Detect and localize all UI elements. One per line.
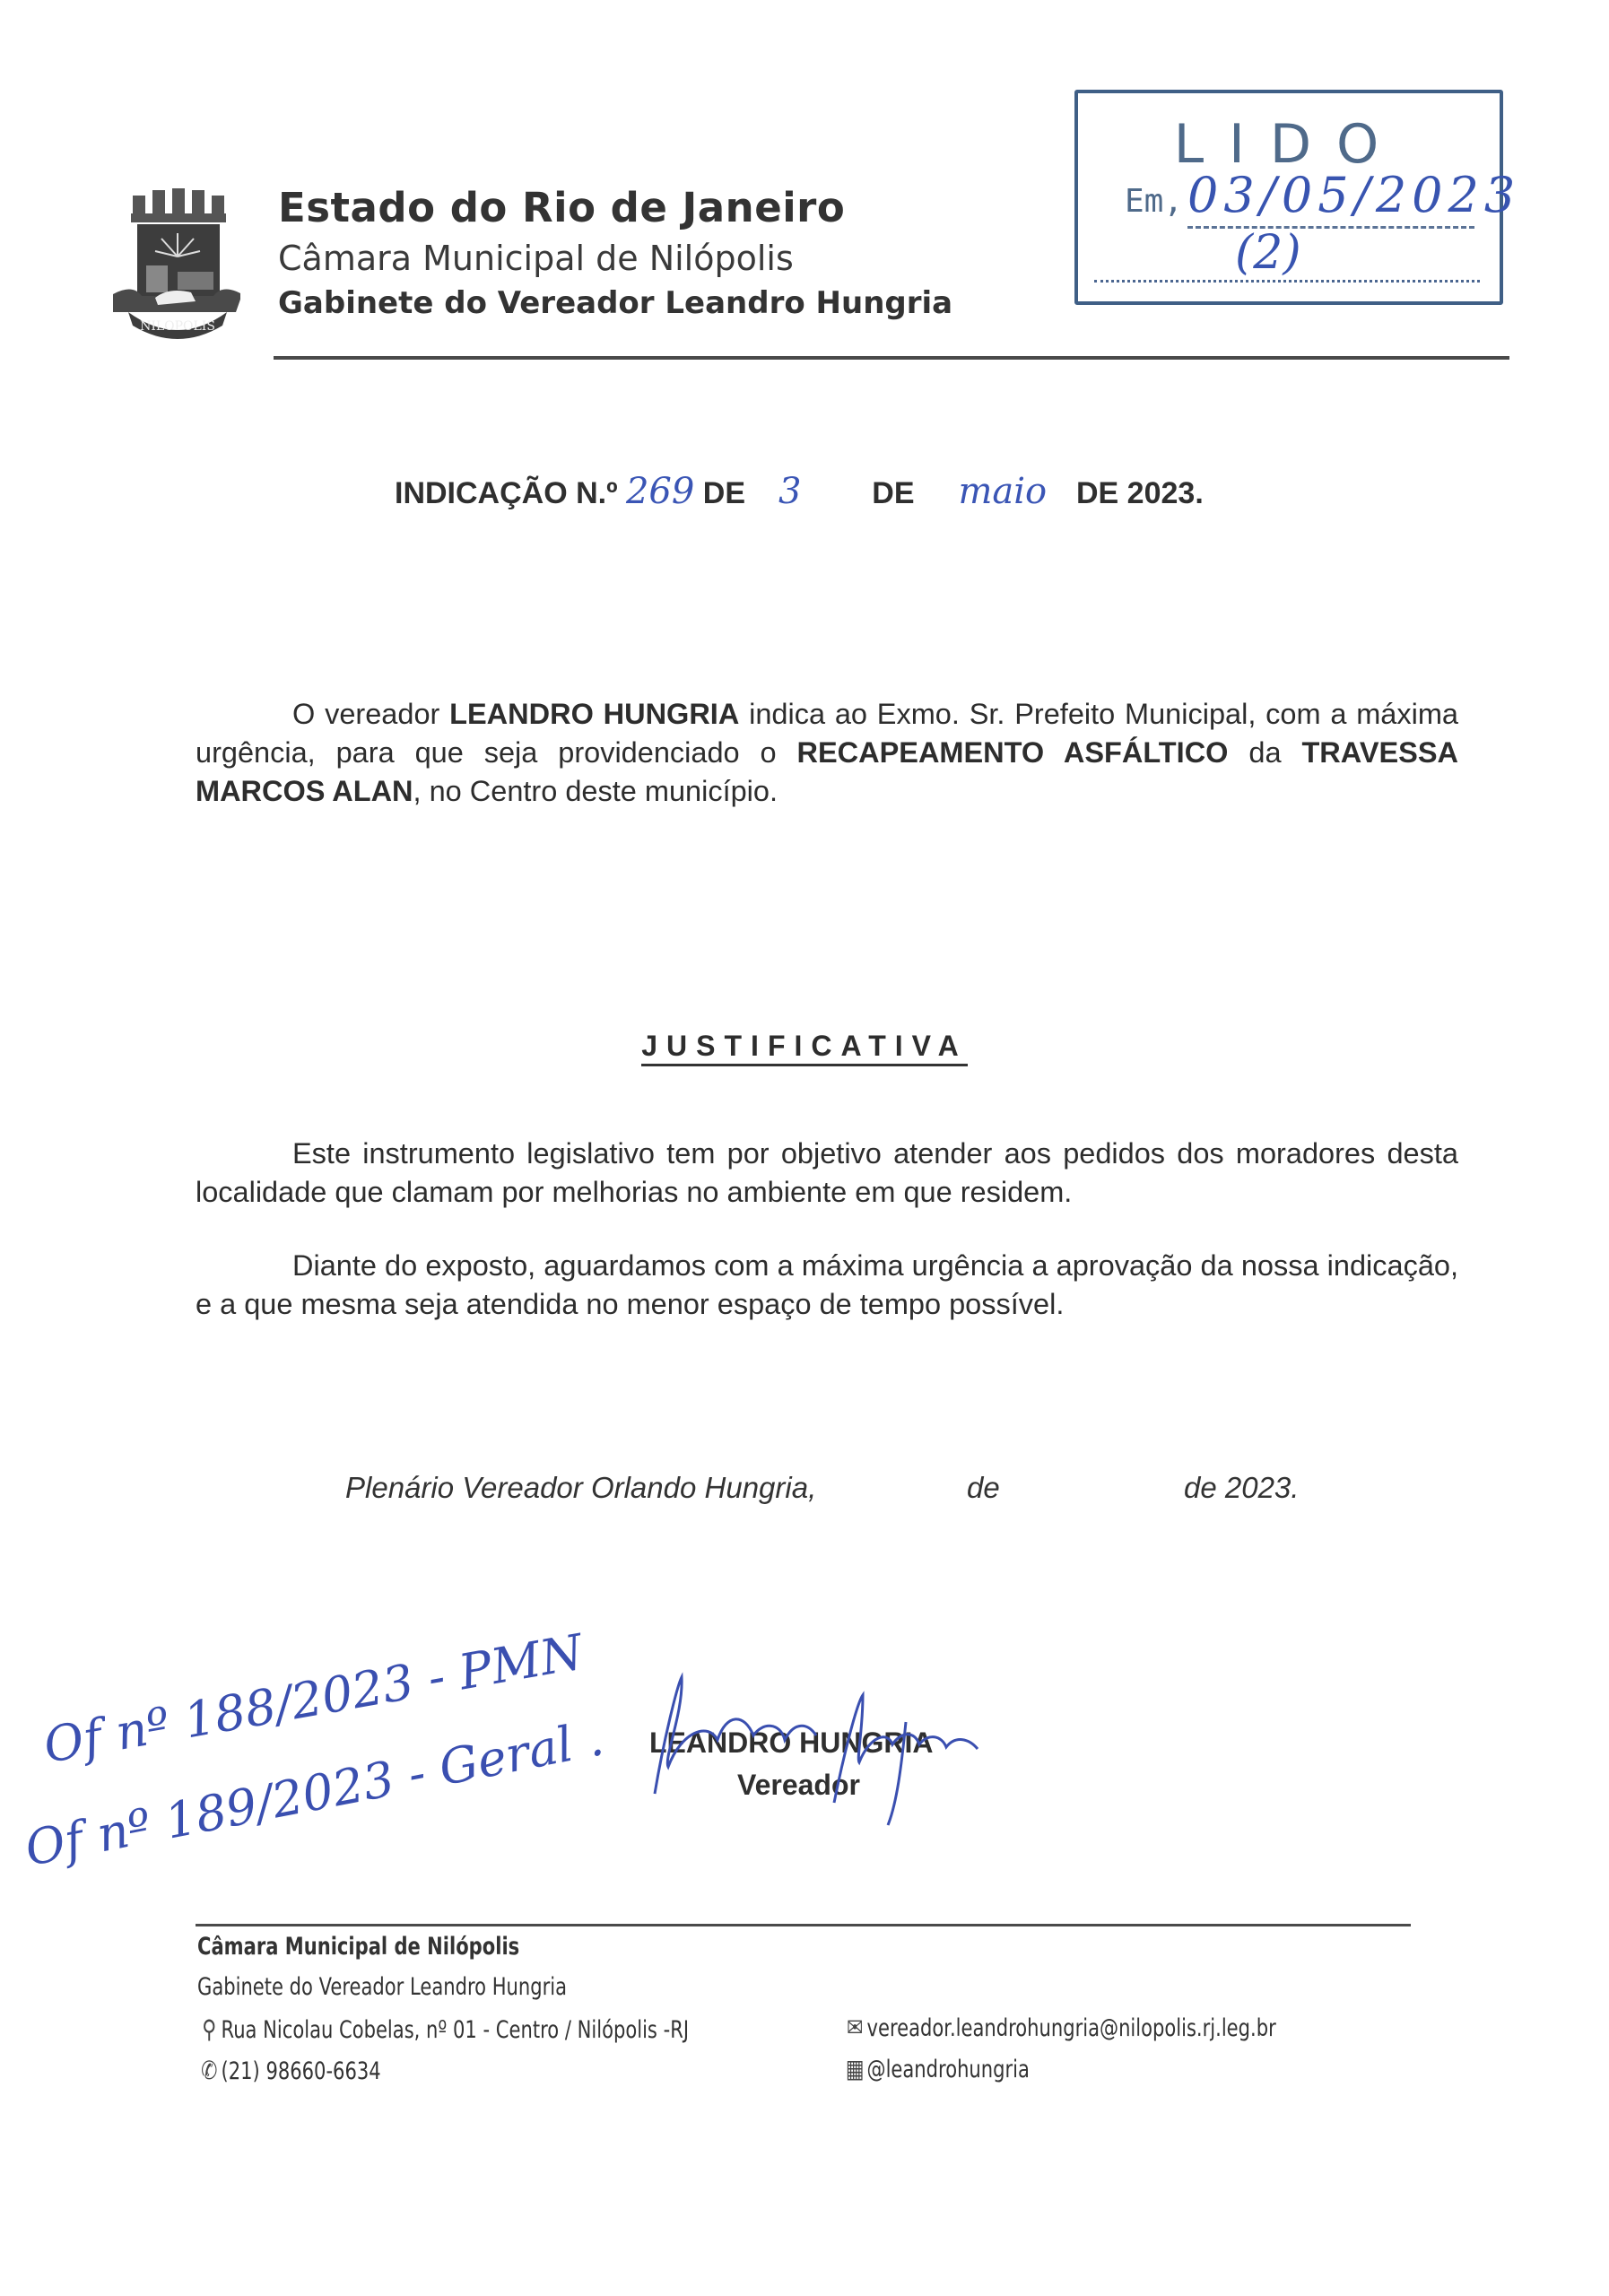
municipal-crest-logo: NILOPOLIS: [106, 187, 240, 344]
closing-de: de: [967, 1471, 1000, 1505]
footer-phone: ✆(21) 98660-6634: [197, 2056, 381, 2085]
footer-address: ⚲Rua Nicolau Cobelas, nº 01 - Centro / N…: [197, 2014, 689, 2044]
body-paragraph-justificativa-1: Este instrumento legislativo tem por obj…: [196, 1135, 1458, 1212]
text-run: O vereador: [292, 698, 449, 730]
indicacao-title: INDICAÇÃO N.º 269 DE 3 DE maio DE 2023.: [395, 471, 1204, 512]
footer-email[interactable]: ✉vereador.leandrohungria@nilopolis.rj.le…: [843, 2013, 1276, 2042]
handwritten-signature: [628, 1659, 1005, 1830]
svg-text:NILOPOLIS: NILOPOLIS: [140, 319, 215, 334]
closing-place: Plenário Vereador Orlando Hungria,: [345, 1471, 816, 1505]
footer-org: Câmara Municipal de Nilópolis: [197, 1933, 519, 1961]
indicacao-de2: DE: [872, 476, 914, 510]
footer-divider: [196, 1924, 1411, 1926]
stamp-mark: (2): [1235, 226, 1301, 280]
indicacao-number: 269: [626, 471, 694, 512]
phone-icon: ✆: [197, 2056, 222, 2085]
indicacao-suffix: DE 2023.: [1076, 476, 1204, 510]
indicacao-month: maio: [958, 471, 1047, 512]
indicacao-de1: DE: [703, 476, 745, 510]
footer-social[interactable]: ▦@leandrohungria: [843, 2054, 1030, 2083]
stamp-em-label: Em,: [1125, 183, 1183, 220]
footer-office: Gabinete do Vereador Leandro Hungria: [197, 1973, 567, 2001]
indicacao-prefix: INDICAÇÃO N.º: [395, 476, 618, 510]
closing-year: de 2023.: [1184, 1471, 1299, 1505]
header-divider: [274, 356, 1509, 360]
header-subtitle: Câmara Municipal de Nilópolis: [278, 239, 794, 278]
phone-social-icon: ▦: [843, 2054, 867, 2083]
envelope-icon: ✉: [843, 2013, 867, 2042]
pin-icon: ⚲: [197, 2014, 222, 2044]
header-office: Gabinete do Vereador Leandro Hungria: [278, 285, 952, 321]
header-title: Estado do Rio de Janeiro: [278, 184, 845, 231]
read-stamp: LIDO Em, 03/05/2023 (2): [1074, 90, 1503, 305]
text-run: da: [1228, 736, 1301, 769]
stamp-dotted-line: [1094, 280, 1480, 283]
stamp-date: 03/05/2023: [1187, 167, 1520, 223]
indicacao-day: 3: [778, 471, 801, 512]
body-paragraph-justificativa-2: Diante do exposto, aguardamos com a máxi…: [196, 1247, 1458, 1324]
justificativa-heading: JUSTIFICATIVA: [0, 1030, 1609, 1063]
bold-text-run: LEANDRO HUNGRIA: [449, 698, 739, 730]
stamp-date-underline: [1187, 226, 1474, 229]
body-paragraph-indicacao: O vereador LEANDRO HUNGRIA indica ao Exm…: [196, 695, 1458, 811]
bold-text-run: RECAPEAMENTO ASFÁLTICO: [797, 736, 1229, 769]
text-run: , no Centro deste município.: [413, 775, 778, 807]
